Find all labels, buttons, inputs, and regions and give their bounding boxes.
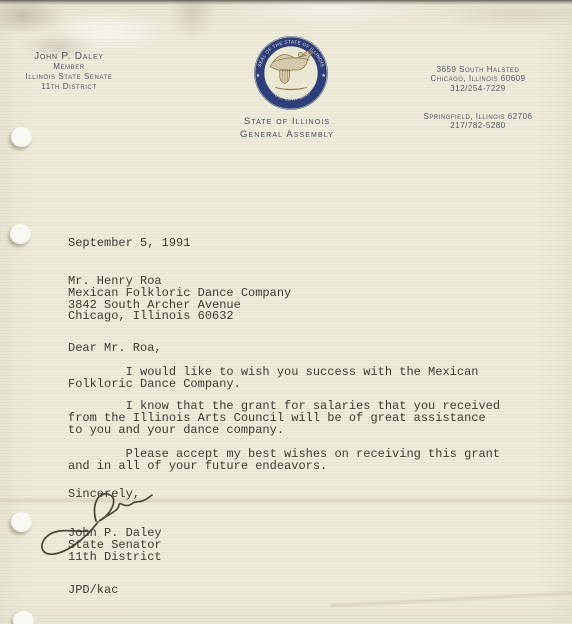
office-addresses-block: 3659 South Halsted Chicago, Illinois 606… — [398, 55, 558, 140]
state-line: State of Illinois — [197, 115, 377, 128]
scanned-letter-page: John P. Daley Member Illinois State Sena… — [0, 0, 572, 624]
assembly-title-block: State of Illinois General Assembly — [197, 115, 377, 141]
sender-district: 11th District — [14, 82, 124, 92]
illinois-state-seal-icon: SEAL OF THE STATE OF ILLINOIS AUG. 26TH … — [251, 33, 331, 113]
punch-hole — [11, 127, 32, 147]
sender-identity-block: John P. Daley Member Illinois State Sena… — [14, 51, 124, 92]
body-paragraph: I know that the grant for salaries that … — [68, 401, 500, 436]
punch-hole — [11, 512, 32, 532]
sender-org: Illinois State Senate — [14, 72, 124, 82]
assembly-line: General Assembly — [197, 128, 377, 141]
body-paragraph: I would like to wish you success with th… — [68, 367, 478, 391]
seal-star-left: ★ — [256, 73, 261, 79]
signer-identity-block: John P. Daley State Senator 11th Distric… — [68, 528, 162, 563]
paper-torn-top-edge — [0, 0, 572, 5]
springfield-office-address: Springfield, Illinois 62706 217/782-5280 — [398, 112, 558, 131]
letter-date: September 5, 1991 — [68, 238, 190, 250]
chicago-office-address: 3659 South Halsted Chicago, Illinois 606… — [398, 65, 558, 94]
paper-crease — [330, 589, 572, 609]
salutation: Dear Mr. Roa, — [68, 343, 162, 355]
sender-name: John P. Daley — [14, 51, 124, 62]
recipient-address-block: Mr. Henry Roa Mexican Folkloric Dance Co… — [68, 276, 291, 323]
punch-hole — [13, 611, 34, 624]
typist-reference: JPD/kac — [68, 585, 118, 597]
body-paragraph: Please accept my best wishes on receivin… — [68, 449, 500, 473]
punch-hole — [10, 224, 31, 244]
seal-star-right: ★ — [321, 73, 326, 79]
sender-role: Member — [14, 62, 124, 72]
